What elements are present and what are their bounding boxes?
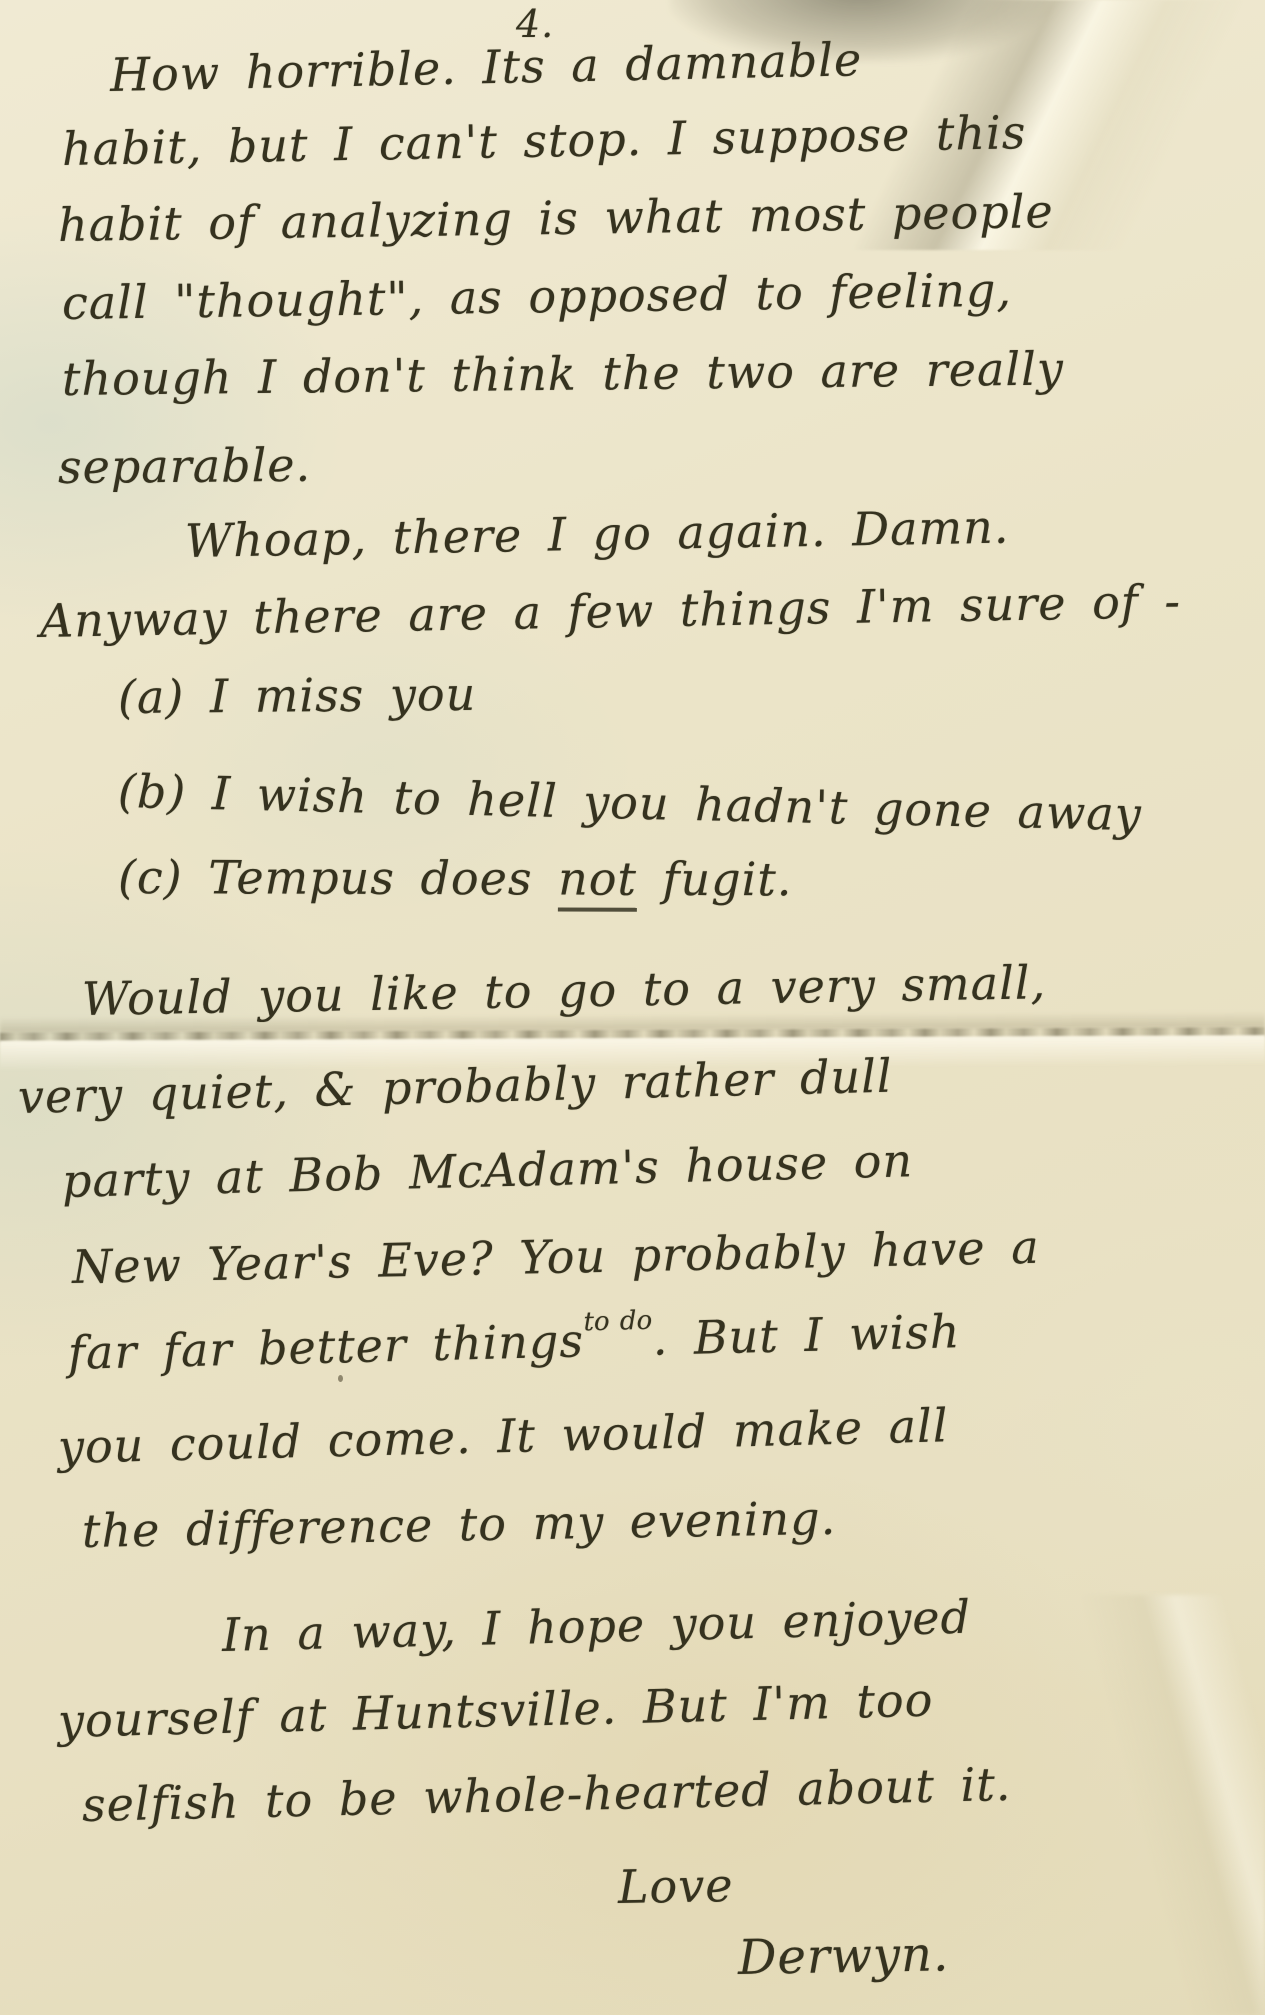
letter-line-list-a: (a) I miss you xyxy=(118,667,477,725)
letter-line: New Year's Eve? You probably have a xyxy=(71,1220,1040,1295)
signature: Derwyn. xyxy=(737,1926,949,1987)
letter-line: In a way, I hope you enjoyed xyxy=(221,1590,971,1663)
letter-page: 4. How horrible. Its a damnable habit, b… xyxy=(0,0,1265,2015)
line-text: fugit. xyxy=(637,852,793,907)
letter-line: the difference to my evening. xyxy=(82,1491,837,1559)
letter-line-list-b: (b) I wish to hell you hadn't gone away xyxy=(117,764,1142,842)
underlined-word: not xyxy=(558,852,637,912)
letter-line: yourself at Huntsville. But I'm too xyxy=(57,1673,934,1750)
letter-line: selfish to be whole-hearted about it. xyxy=(81,1757,1012,1833)
letter-line-with-insertion: far far better thingsto do. But I wish xyxy=(67,1304,961,1381)
letter-line: separable. xyxy=(58,438,312,495)
line-text: . But I wish xyxy=(652,1304,961,1366)
letter-line: Anyway there are a few things I'm sure o… xyxy=(40,574,1182,649)
letter-line: party at Bob McAdam's house on xyxy=(61,1133,913,1209)
inserted-text-above-line: to do xyxy=(583,1306,652,1338)
letter-line: Whoap, there I go again. Damn. xyxy=(185,500,1010,570)
letter-line-list-c: (c) Tempus does not fugit. xyxy=(118,850,793,908)
line-text: far far better things xyxy=(67,1313,584,1380)
letter-line: you could come. It would make all xyxy=(57,1398,949,1475)
closing-word: Love xyxy=(618,1858,734,1915)
line-text: (c) Tempus does xyxy=(118,850,558,906)
letter-line: though I don't think the two are really xyxy=(62,342,1064,408)
letter-line: How horrible. Its a damnable xyxy=(109,32,862,103)
paper-speck xyxy=(338,1375,343,1382)
letter-line: call "thought", as opposed to feeling, xyxy=(62,263,1013,331)
